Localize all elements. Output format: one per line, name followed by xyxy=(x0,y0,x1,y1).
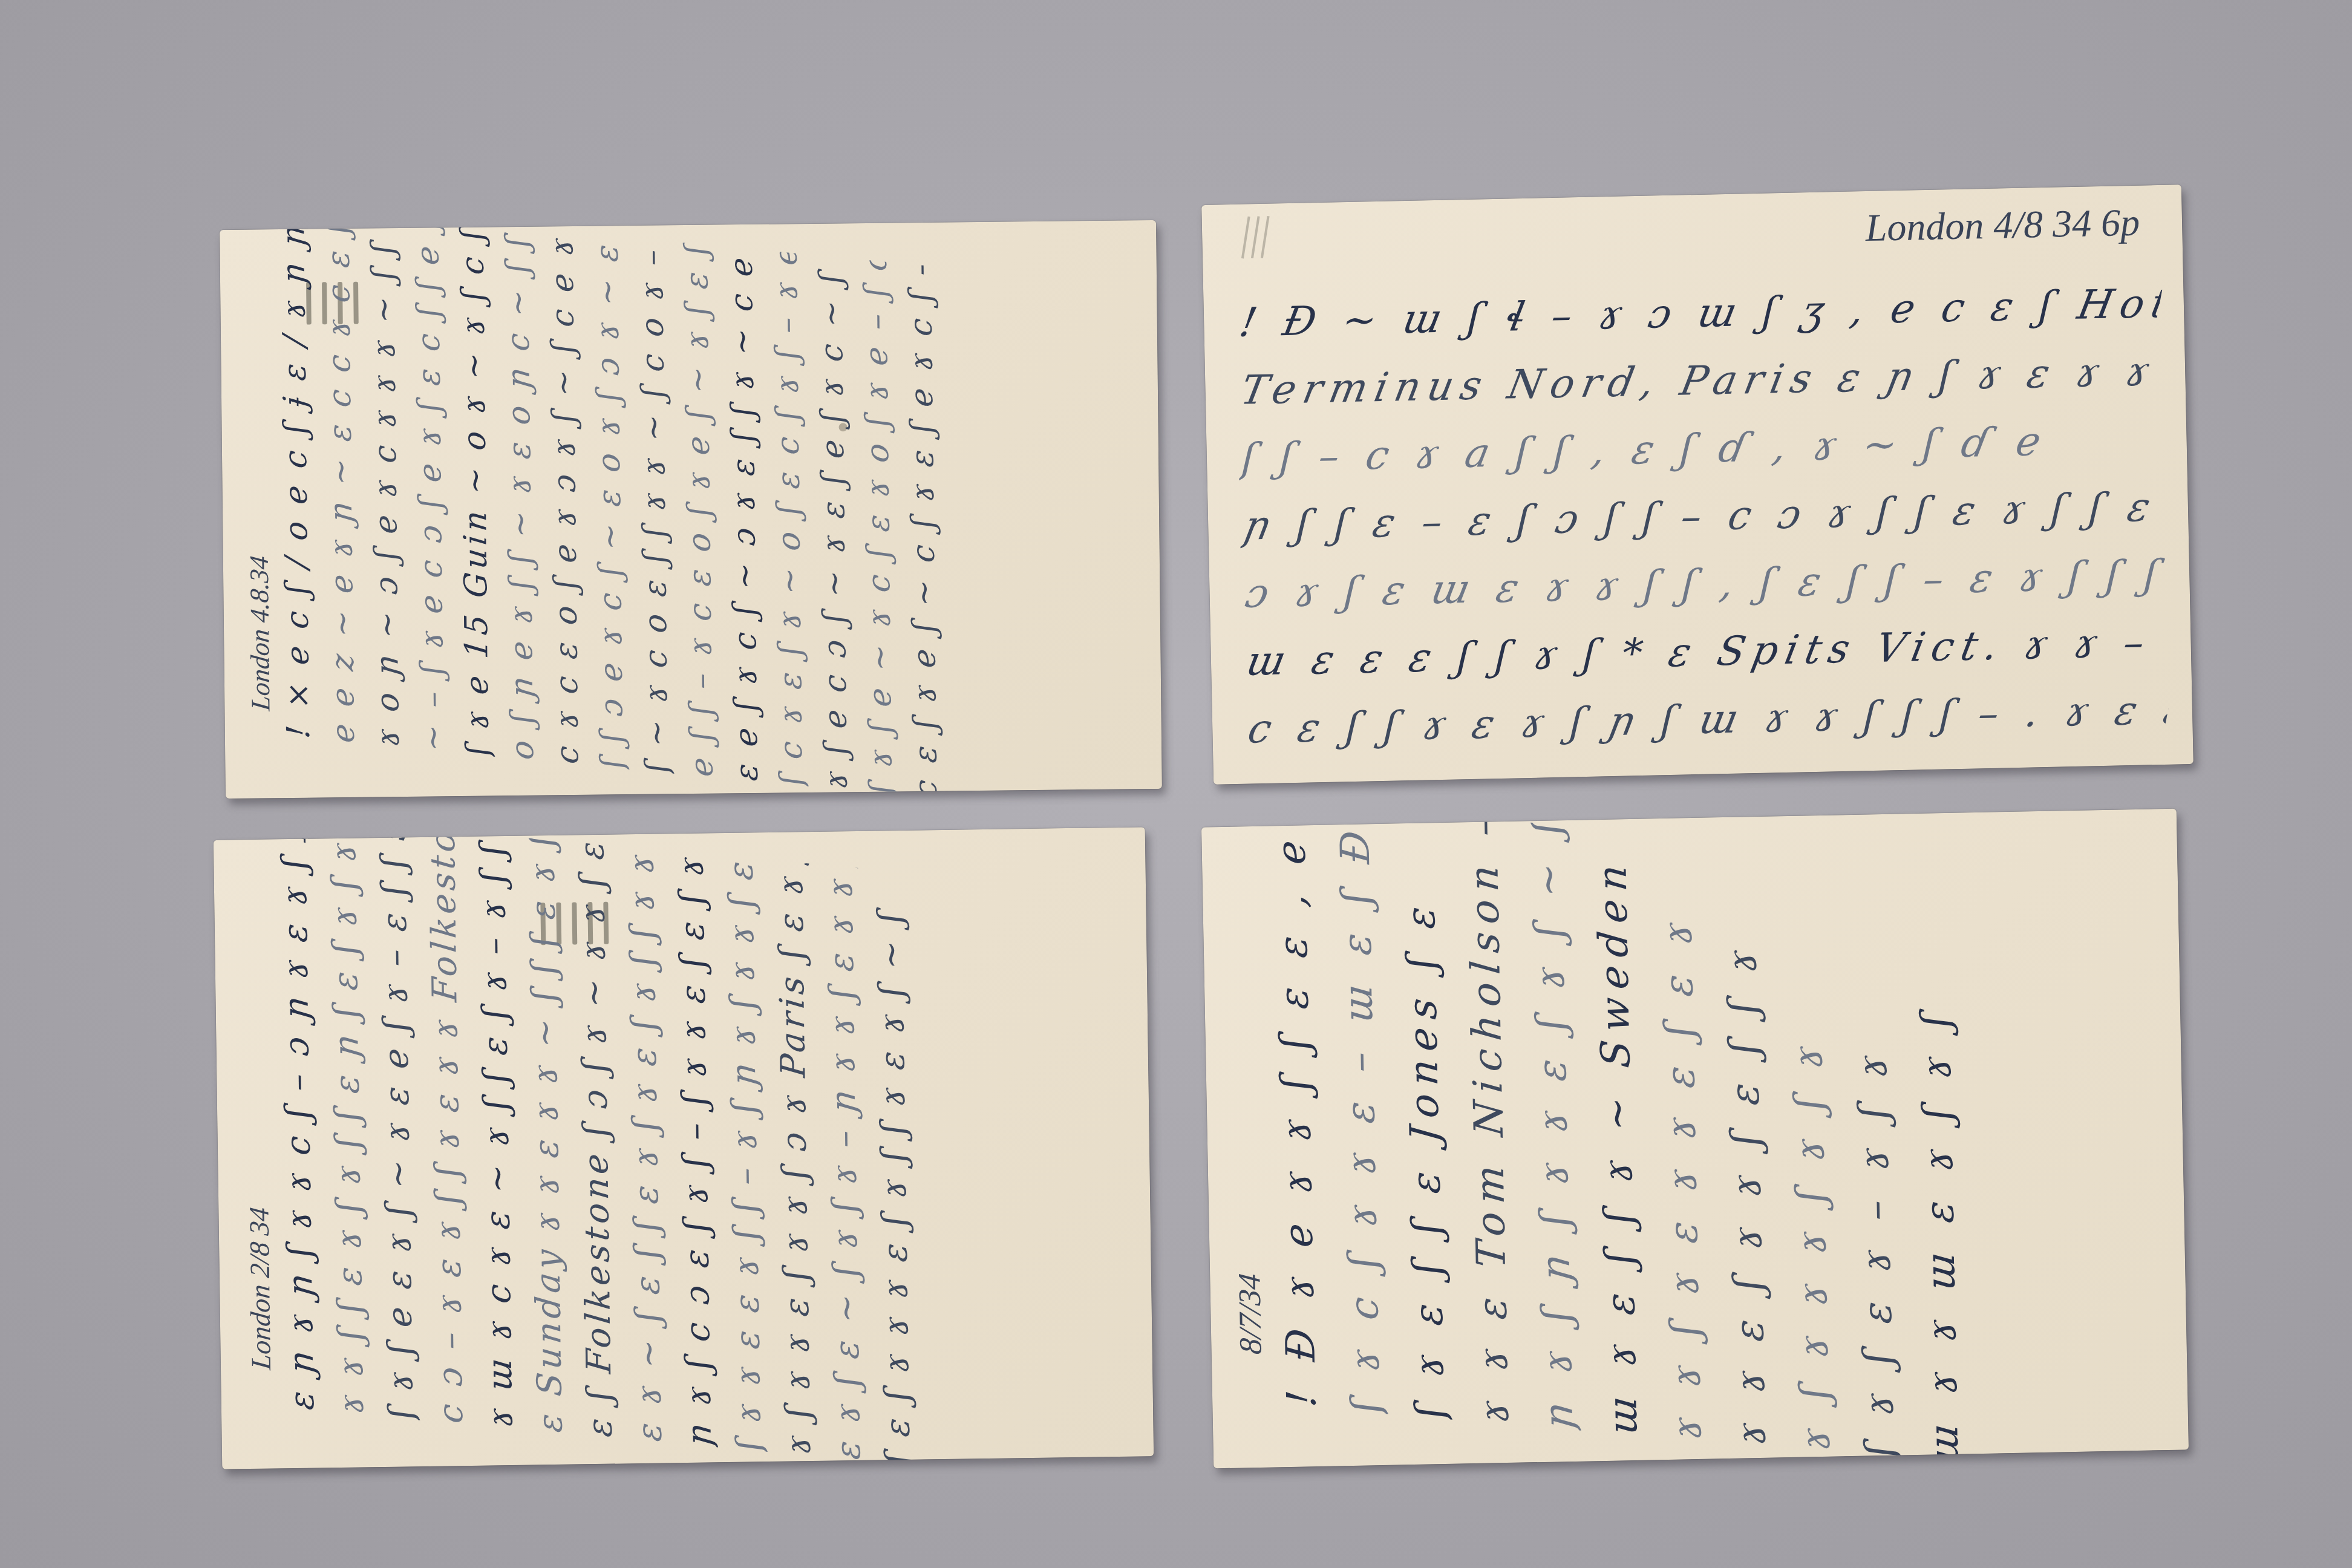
shorthand-line: ɤ ʃ ɤ ɤ ɤ ʃ ɤ ʃ ɤ xyxy=(1772,843,1848,1454)
shorthand-line: ʃ c ɤ ɛ ʃ ɤ ~ o ʃ ɛ c ʃ ɤ ʃ – ɤ e xyxy=(764,250,814,787)
shorthand-line: ɲ ɤ ʃ ɲ ʃ ɤ ɤ ɛ ʃ ɤ ʃ ~ ʃ xyxy=(1515,821,1591,1431)
shorthand-line: e ʃ ʃ – ɤ c ɛ o ʃ ɤ e ʃ ~ ɤ ʃ ɛ ʃ xyxy=(674,242,724,779)
writing-area: London 2/8 34 ɛ ɲ ɤ ɲ ʃ ɤ ɤ c ʃ – ɔ ɲ ɤ … xyxy=(237,827,1130,1469)
shorthand-line: ʃ ɤ ɛ ʃ ʃ ɛ Jones ʃ ɛ xyxy=(1387,810,1462,1420)
date-header: London 4/8 34 6p xyxy=(1865,200,2140,250)
shorthand-line: ʃ ɤ ʃ ɛ ɤ – ɤ ʃ ɤ xyxy=(1837,849,1912,1459)
shorthand-line: ʃ ɤ c ʃ ɤ ɤ ɛ – ɯ ɛ ʃ Ɖ ~ xyxy=(1322,809,1398,1415)
shorthand-line: ɛ ɤ ʃ ɛ ~ ʃ ɤ ʃ ɤ – ɲ ɤ ɤ ʃ ɛ ɤ ɤ ʃ xyxy=(815,864,874,1462)
shorthand-line: ɯ ɤ ɤ ɯ ɛ ɤ ʃ ɤ ʃ xyxy=(1901,854,1976,1465)
shorthand-line: ʃ ~ ɤ c o ɛ ʃ ʃ ɤ ɤ ~ ʃ c o ɤ – ʃ xyxy=(629,238,679,774)
shorthand-line: ɛ ɲ ɤ ɲ ʃ ɤ ɤ c ʃ – ɔ ɲ ɤ ɛ ɤ ʃ Eastbour… xyxy=(269,827,327,1411)
shorthand-line: ɤ ʃ e c ɔ ʃ ~ ɤ ɛ ʃ e ʃ ɤ c ~ ʃ ɤ xyxy=(809,255,859,791)
postcard-top-left: London 4.8.34 ! × e c ʃ / o e c ʃ ɉ ɛ / … xyxy=(220,220,1162,799)
shorthand-line: ɤ ɤ ɛ ʃ ɤ ɤ ʃ ɛ ʃ ʃ ɤ xyxy=(1708,838,1783,1448)
card-header: London 4.8.34 xyxy=(240,220,276,736)
postmark-marks xyxy=(1244,215,1294,277)
shorthand-line: ɯ ɤ ɛ ʃ ʃ ɤ ~ Sweden xyxy=(1579,827,1655,1437)
shorthand-line: ~ – ʃ ɤ e c ɔ ʃ e ɤ ʃ ɛ c ʃ ʃ e ʃ – xyxy=(405,220,456,753)
shorthand-line: ɛ ɤ ~ ʃ ɛ ʃ ʃ ɛ ɤ ʃ ɤ ɛ ʃ ɤ ʃ ʃ ɤ ɤ xyxy=(617,846,675,1443)
shorthand-line: c ɤ c ɛ o ʃ e ɤ ɔ ɤ ʃ ~ ʃ c e ɤ ʃ xyxy=(540,229,590,766)
shorthand-line: ɛ ʃ Folkestone ʃ ɔ ʃ ɤ ~ ɤ ɤ ʃ ɛ ɤ ʃ ɛ xyxy=(567,841,626,1439)
date-header: London 2/8 34 xyxy=(243,1206,277,1371)
shorthand-line: ɛ e ʃ ɤ c ʃ ~ ɔ ɤ ɛ ʃ ʃ ɤ ~ c e ɤ xyxy=(719,246,769,783)
postcard-bottom-left: London 2/8 34 ɛ ɲ ɤ ɲ ʃ ɤ ɤ c ʃ – ɔ ɲ ɤ … xyxy=(214,827,1154,1469)
shorthand-line: ɤ ɤ ʃ ɤ ɛ ɤ ɤ ɛ ʃ ɛ ɤ xyxy=(1644,832,1719,1443)
shorthand-line: c ɔ – ɤ ɛ ɤ ʃ ʃ ɤ ɛ ɤ ɤ Folkestone ɤ ʃ xyxy=(419,828,477,1425)
writing-area: London 4.8.34 ! × e c ʃ / o e c ʃ ɉ ɛ / … xyxy=(240,220,1142,799)
shorthand-line: ɤ ɯ ɤ c ɤ ɛ ~ ɤ ʃ ʃ ɛ ʃ ɤ – ɤ ʃ ʃ ʃ ɤ xyxy=(468,832,526,1429)
writing-area: 8/7/34 ! Ɖ ɤ e ɤ ɤ ʃ ʃ ɛ ɛ , e ɛ ʃ ʃ ɤ c… xyxy=(1223,809,2167,1469)
postcard-bottom-right: 8/7/34 ! Ɖ ɤ e ɤ ɤ ʃ ʃ ɛ ɛ , e ɛ ʃ ʃ ɤ c… xyxy=(1201,809,2189,1469)
shorthand-line: ɤ ʃ ɤ ɤ ɛ ʃ ɤ ɤ ʃ ɔ ɤ Paris ʃ ɛ ɤ ʃ xyxy=(766,860,824,1457)
shorthand-line: ɛ Sunday ɤ ɤ ɛ ɤ ɤ ~ ʃ ʃ ʃ ɛ ɤ ʃ ɤ ʃ xyxy=(518,837,576,1434)
shorthand-line: ʃ ɤ e 15 Guin ~ o ɤ ~ ɤ ʃ c ʃ – e ɛ xyxy=(450,221,500,757)
writing-area: ! Ɖ ~ ɯ ʃ ɬ – ɤ ɔ ɯ ʃ ʒ , e c ɛ ʃ Hotel … xyxy=(1240,270,2169,763)
shorthand-line: c ɛ ʃ ɤ e ʃ ~ c ʃ ɤ ɛ ʃ e ɤ c ʃ – xyxy=(898,263,949,799)
shorthand-line: ɤ o ɲ ~ ɔ ʃ e ɤ c ɤ ɤ ɤ ~ ʃ ʃ ɤ c ɛ xyxy=(361,220,411,749)
shorthand-line: ɲ ɤ ʃ c ɔ ɛ ʃ ɤ ʃ – ʃ ɤ ɤ ɛ ʃ ɛ ʃ ɤ xyxy=(667,851,725,1448)
shorthand-line: ʃ ɤ ʃ e ~ ɤ c ʃ ɛ ɤ o ʃ ɤ e – ʃ c xyxy=(854,259,904,795)
shorthand-line: ! Ɖ ɤ e ɤ ɤ ʃ ʃ ɛ ɛ , e ɛ ʃ xyxy=(1258,809,1334,1410)
shorthand-line: ʃ ɤ ɤ ɛ ɛ ɤ ʃ ʃ – ɤ ʃ ɲ ɤ ʃ ɤ ɤ ʃ ɛ xyxy=(716,855,774,1452)
date-header: London 4.8.34 xyxy=(244,554,276,711)
postcard-top-right: London 4/8 34 6p ! Ɖ ~ ɯ ʃ ɬ – ɤ ɔ ɯ ʃ ʒ… xyxy=(1201,185,2194,785)
shorthand-line: o ʃ ɲ e ɤ ʃ ʃ ~ ɤ ɛ o ɲ c ~ ʃ ʃ ɛ ɤ xyxy=(495,225,545,762)
shorthand-line: ! × e c ʃ / o e c ʃ ɉ ɛ / ɤ ɲ ɲ ʃ / ɛ – xyxy=(271,220,321,740)
shorthand-line: ʃ ɛ ʃ ɤ ɤ ɤ ɛ ʃ ɤ ʃ ʃ ɤ ɛ ɤ ʃ ~ ʃ xyxy=(866,869,924,1466)
shorthand-line: ʃ ʃ ɔ e ɤ c ʃ ~ ɛ o ɤ ʃ ɔ ɤ ~ ɛ ʃ xyxy=(584,234,635,770)
date-header: 8/7/34 xyxy=(1232,1272,1269,1356)
shorthand-line: ɤ ɤ ɛ Tom Nicholson – ~ xyxy=(1451,815,1527,1426)
shorthand-line: e e z ~ e ɤ ɲ ~ ɛ c c ɤ c ɛ ʃ / e ʃ ɤ xyxy=(316,220,366,745)
shorthand-line: ʃ ɤ ʃ e ɛ ɤ ʃ ~ ɤ ɛ e ʃ ɤ – ɛ ʃ ʃ ɔ ɤ xyxy=(368,827,426,1420)
shorthand-line: ɤ ɤ ʃ ʃ ɛ ɤ ʃ ɤ ʃ ʃ ɛ ɲ ʃ ɛ ʃ ɤ ʃ ɤ ʃ xyxy=(319,827,377,1416)
